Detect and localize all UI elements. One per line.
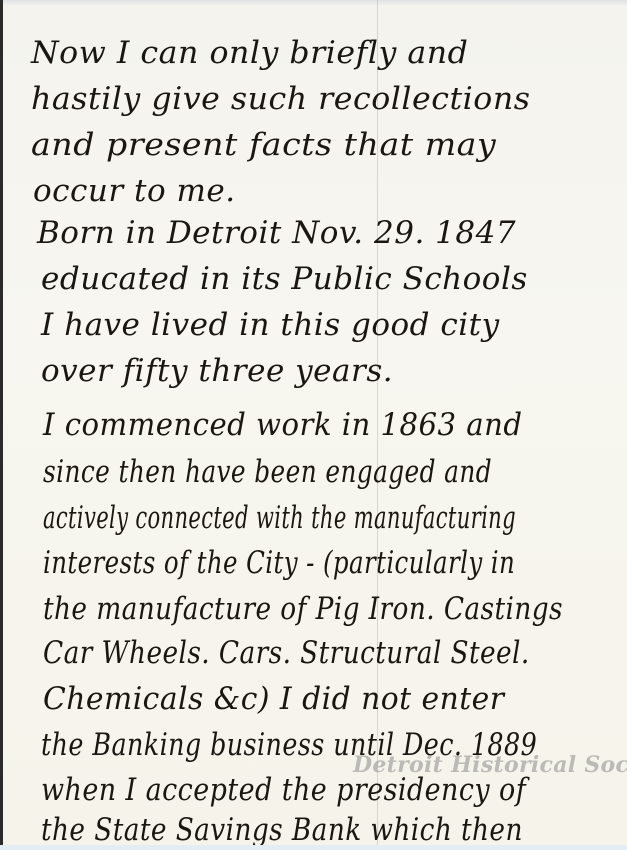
handwritten-line: Born in Detroit Nov. 29. 1847 xyxy=(37,218,516,249)
handwritten-line: hastily give such recollections xyxy=(31,84,530,115)
handwritten-line: occur to me. xyxy=(33,176,236,207)
handwritten-line: educated in its Public Schools xyxy=(41,264,528,295)
handwritten-line: Now I can only briefly and xyxy=(31,38,468,69)
handwritten-line: Chemicals &c) I did not enter xyxy=(43,684,504,715)
handwritten-line: actively connected with the manufacturin… xyxy=(43,503,516,534)
page-top-edge xyxy=(3,0,627,6)
handwritten-line: interests of the City - (particularly in xyxy=(43,548,515,579)
handwritten-line: since then have been engaged and xyxy=(43,457,492,488)
handwritten-line: I have lived in this good city xyxy=(41,310,500,341)
handwritten-line: I commenced work in 1863 and xyxy=(43,410,522,441)
handwritten-line: the State Savings Bank which then xyxy=(41,815,523,846)
watermark-text: Detroit Historical Society xyxy=(353,752,627,778)
handwritten-line: over fifty three years. xyxy=(41,356,393,387)
scan-bottom-edge xyxy=(0,845,627,850)
handwritten-line: when I accepted the presidency of xyxy=(41,775,526,806)
letter-page: Now I can only briefly and hastily give … xyxy=(0,0,627,846)
handwritten-line: the manufacture of Pig Iron. Castings xyxy=(43,594,563,625)
handwritten-line: and present facts that may xyxy=(31,130,496,161)
handwritten-line: Car Wheels. Cars. Structural Steel. xyxy=(43,638,530,669)
